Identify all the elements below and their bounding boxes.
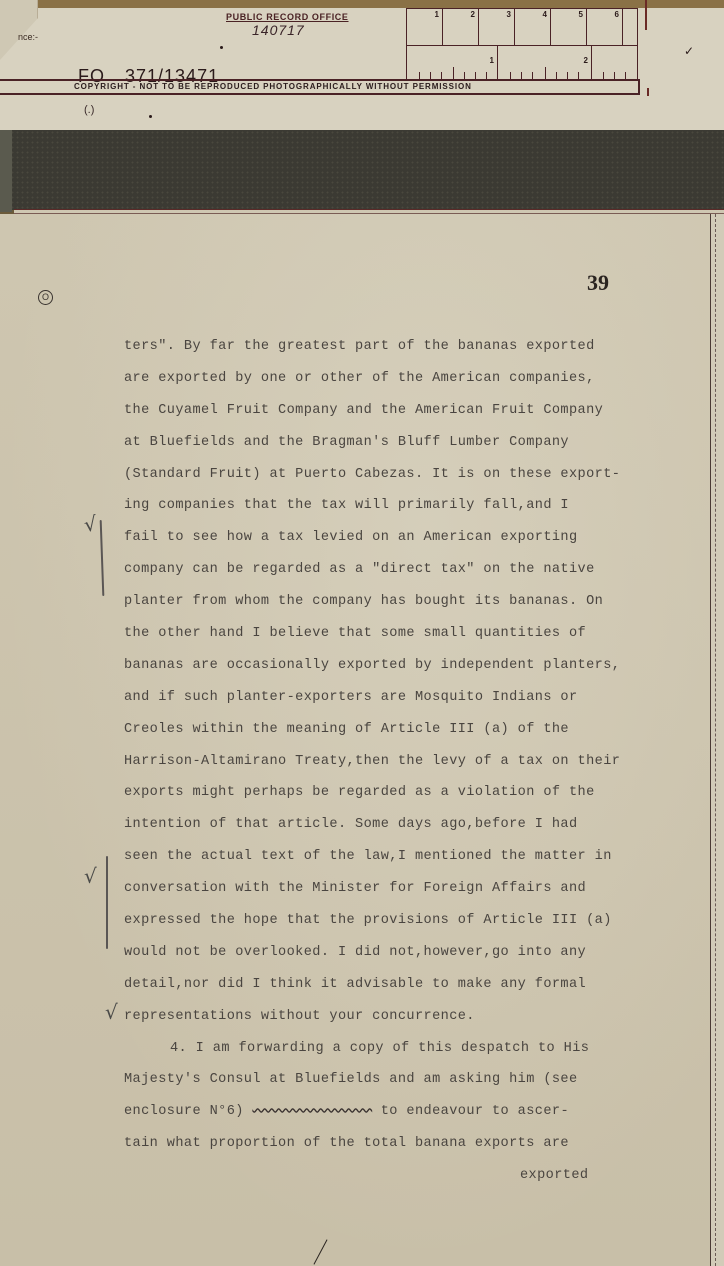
paragraph-4-line: Majesty's Consul at Bluefields and am as… <box>124 1069 684 1101</box>
text-line: (Standard Fruit) at Puerto Cabezas. It i… <box>124 464 684 496</box>
text-line: are exported by one or other of the Amer… <box>124 368 684 400</box>
text-line: company can be regarded as a "direct tax… <box>124 559 684 591</box>
text-line: conversation with the Minister for Forei… <box>124 878 684 910</box>
text-line: detail,nor did I think it advisable to m… <box>124 974 684 1006</box>
struck-out-text: xxxxxxxxxxxxxx <box>252 1104 372 1119</box>
copyright-notice: COPYRIGHT - NOT TO BE REPRODUCED PHOTOGR… <box>74 82 472 91</box>
text-line: Harrison-Altamirano Treaty,then the levy… <box>124 751 684 783</box>
margin-sideline <box>106 856 108 949</box>
ruler-cell: 4 <box>515 9 551 45</box>
ink-dot <box>149 115 152 118</box>
paragraph-4-line: tain what proportion of the total banana… <box>124 1133 684 1165</box>
tick-mark-icon: ✓ <box>684 44 694 58</box>
ruler-cell: 2 <box>443 9 479 45</box>
page-number: 39 <box>587 270 609 296</box>
ruler-cell <box>623 9 637 45</box>
typed-body-text: ters". By far the greatest part of the b… <box>124 336 684 1197</box>
text-line: ters". By far the greatest part of the b… <box>124 336 684 368</box>
ruler-cell: 5 <box>551 9 587 45</box>
band-left-edge <box>0 130 12 212</box>
text-line: expressed the hope that the provisions o… <box>124 910 684 942</box>
text-line: the other hand I believe that some small… <box>124 623 684 655</box>
slip-edge-mark <box>647 88 649 96</box>
slip-label-fragment: nce:- <box>18 32 38 42</box>
ruler-cell: 3 <box>479 9 515 45</box>
text-line: bananas are occasionally exported by ind… <box>124 655 684 687</box>
text-span: enclosure N°6) <box>124 1104 252 1119</box>
small-mark: (.) <box>84 104 94 116</box>
circled-mark-icon: O <box>38 290 53 305</box>
margin-check-icon: √ <box>105 1000 118 1024</box>
margin-check-icon: √ <box>84 864 97 888</box>
text-line: fail to see how a tax levied on an Ameri… <box>124 527 684 559</box>
ruler-inch-row: 1 2 <box>407 46 637 80</box>
slip-edge-mark <box>645 0 647 30</box>
ruler-cell: 1 <box>407 9 443 45</box>
handwritten-number: 140717 <box>252 22 305 38</box>
text-line: planter from whom the company has bought… <box>124 591 684 623</box>
text-line: would not be overlooked. I did not,howev… <box>124 942 684 974</box>
text-line: at Bluefields and the Bragman's Bluff Lu… <box>124 432 684 464</box>
office-title: PUBLIC RECORD OFFICE <box>226 12 349 22</box>
text-line: the Cuyamel Fruit Company and the Americ… <box>124 400 684 432</box>
catchword: exported <box>124 1165 684 1197</box>
scale-ruler: 1 2 3 4 5 6 1 2 <box>406 8 638 80</box>
dark-backing-band <box>0 130 724 210</box>
text-span: to endeavour to ascer- <box>372 1104 569 1119</box>
text-line: and if such planter-exporters are Mosqui… <box>124 687 684 719</box>
text-line: intention of that article. Some days ago… <box>124 814 684 846</box>
ink-dot <box>220 46 223 49</box>
paragraph-4-line: enclosure N°6) xxxxxxxxxxxxxx to endeavo… <box>124 1101 684 1133</box>
text-line: seen the actual text of the law,I mentio… <box>124 846 684 878</box>
text-line: ing companies that the tax will primaril… <box>124 495 684 527</box>
paragraph-4-line: 4. I am forwarding a copy of this despat… <box>124 1038 684 1070</box>
ruler-cell: 6 <box>587 9 623 45</box>
text-line: representations without your concurrence… <box>124 1006 684 1038</box>
text-line: Creoles within the meaning of Article II… <box>124 719 684 751</box>
ruler-cm-row: 1 2 3 4 5 6 <box>407 9 637 46</box>
text-line: exports might perhaps be regarded as a v… <box>124 782 684 814</box>
page-right-edge <box>710 214 724 1266</box>
